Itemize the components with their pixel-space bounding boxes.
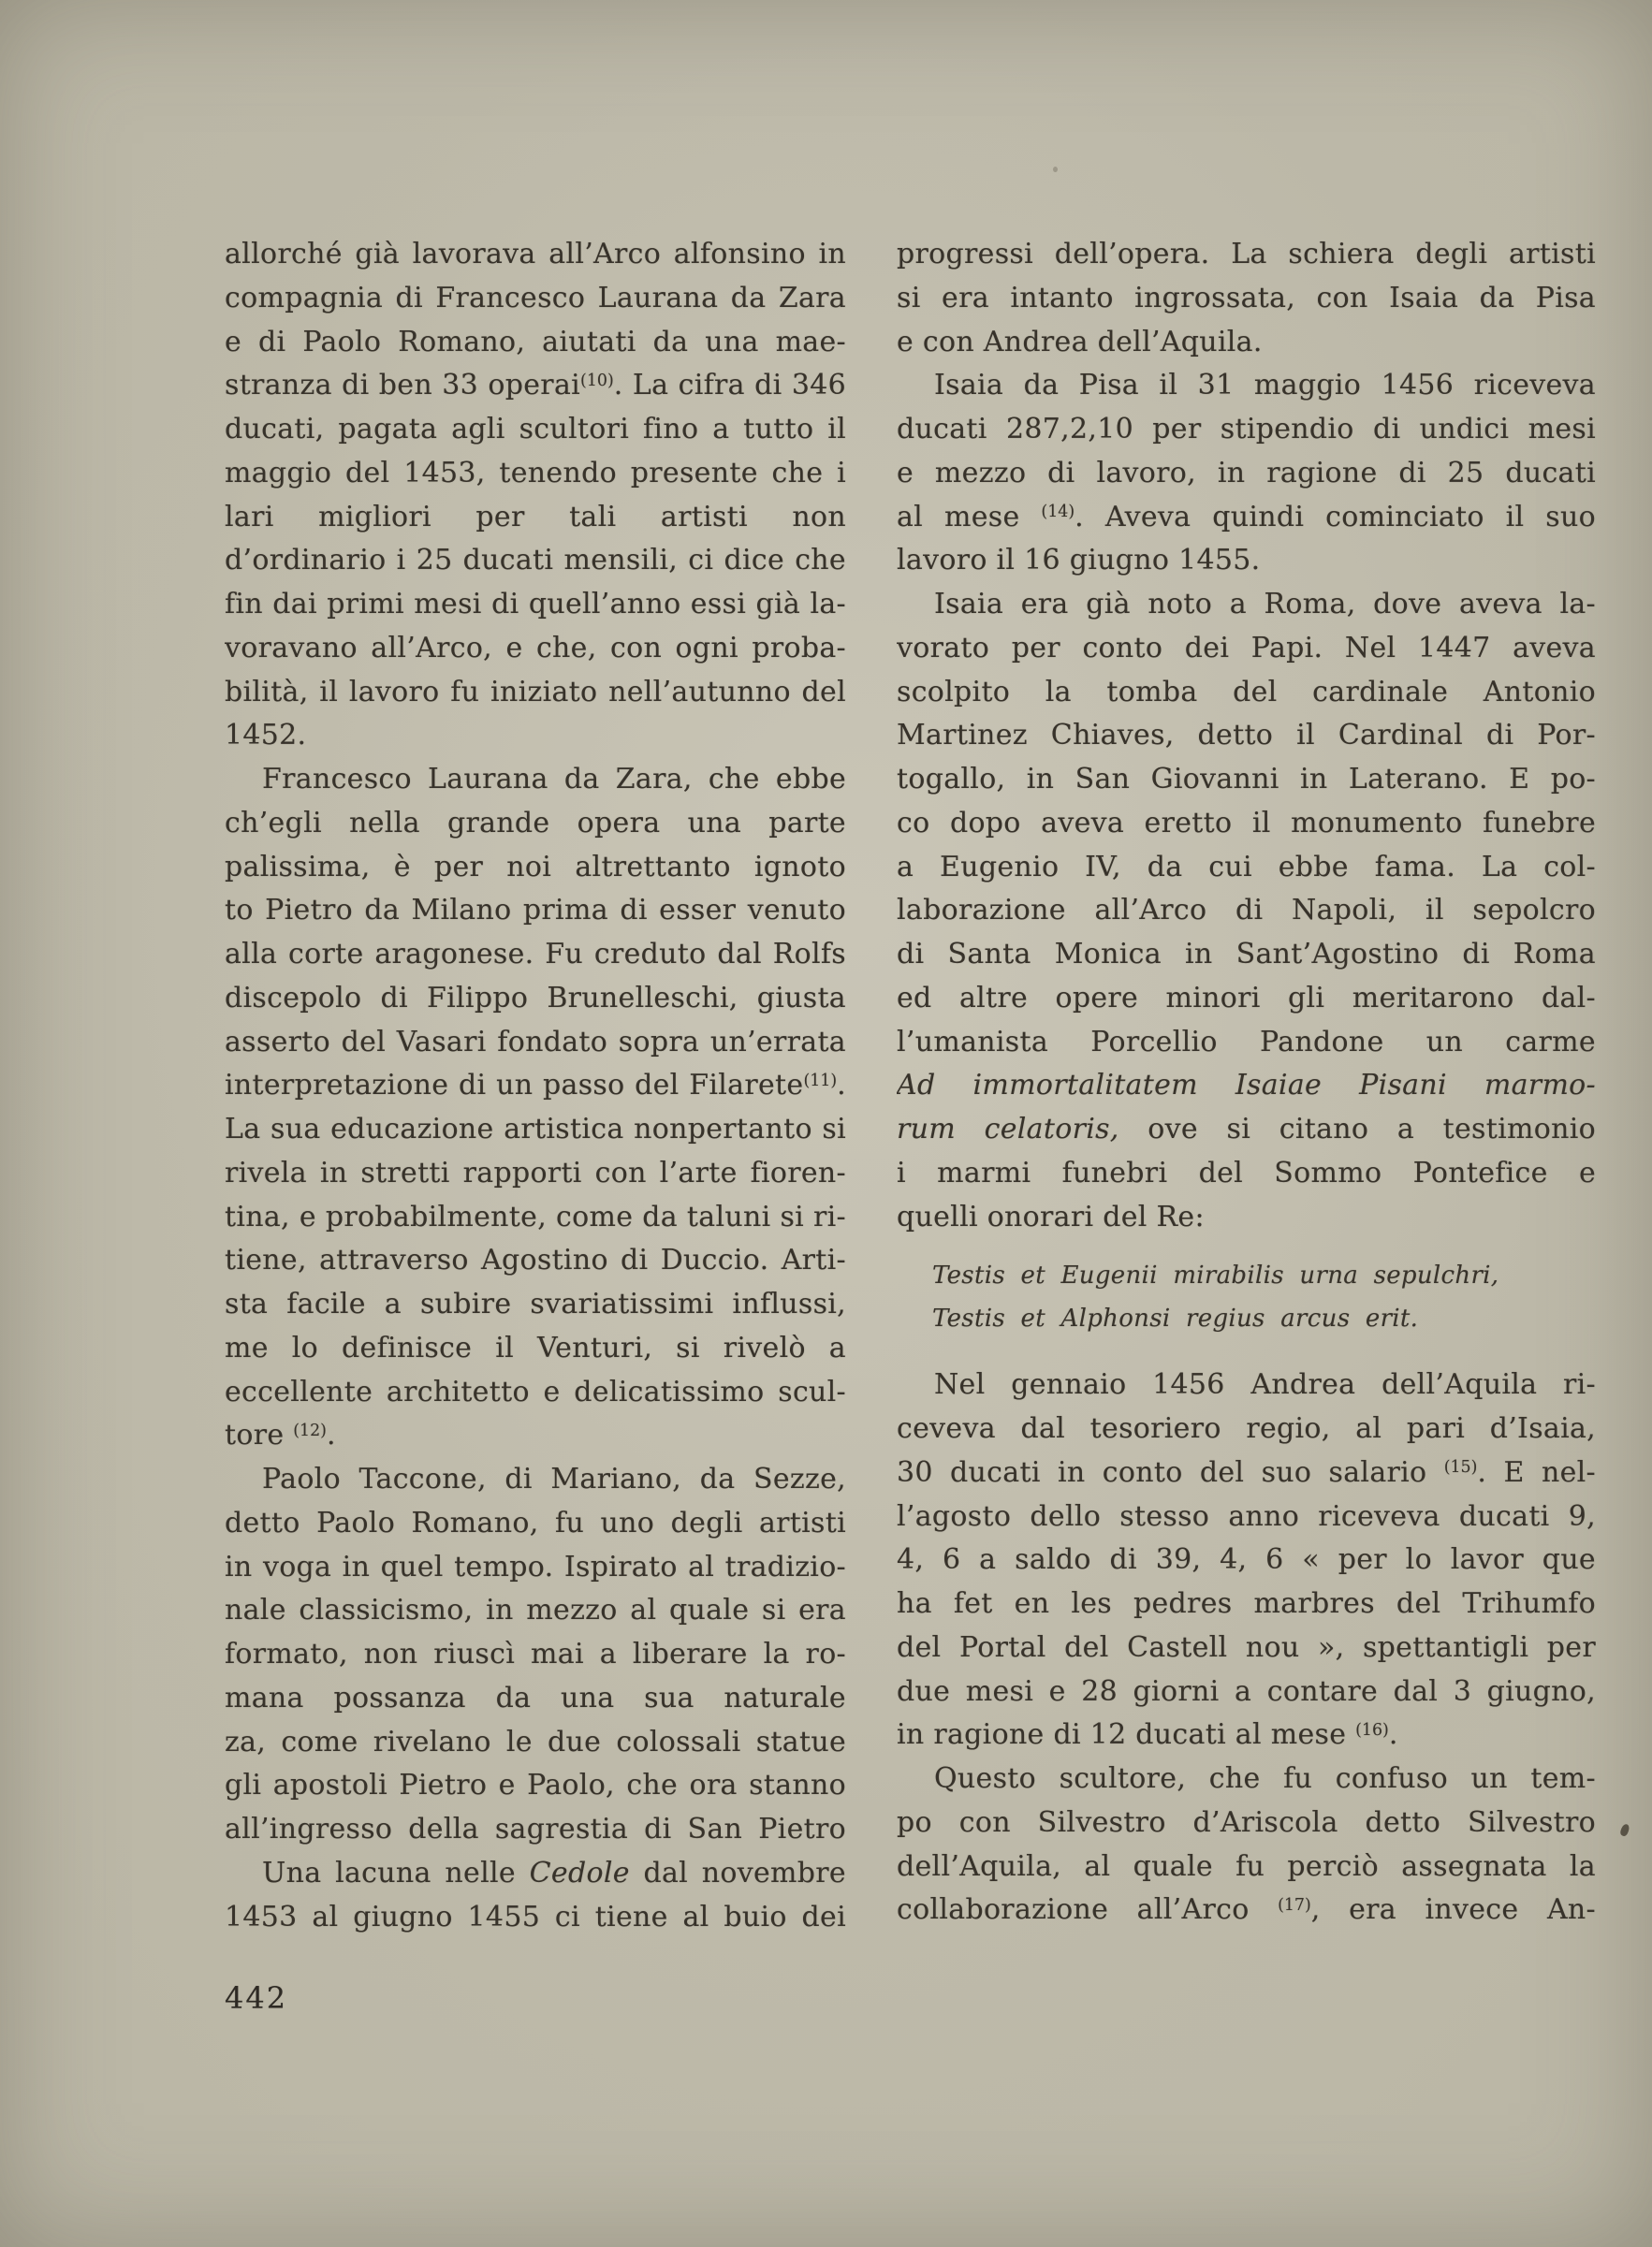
- text-line: to Pietro da Milano prima di esser venut…: [225, 889, 846, 933]
- text-line: nale classicismo, in mezzo al quale si e…: [225, 1589, 846, 1633]
- text-line: discepolo di Filippo Brunelleschi, giust…: [225, 977, 846, 1021]
- text-line: all’ingresso della sagrestia di San Piet…: [225, 1808, 846, 1852]
- text-line: dell’Aquila, al quale fu perciò assegnat…: [897, 1846, 1596, 1890]
- text-segment: collaborazione all’Arco: [897, 1893, 1278, 1926]
- text-segment: ch’egli nella grande opera una parte pri…: [225, 807, 846, 846]
- text-segment: tina, e probabilmente, come da taluni si…: [225, 1201, 846, 1233]
- text-line: l’agosto dello stesso anno riceveva duca…: [897, 1496, 1596, 1539]
- text-segment: 4, 6 a saldo di 39, 4, 6 « per lo lavor …: [897, 1543, 1596, 1576]
- text-segment: eccellente architetto e delicatissimo sc…: [225, 1376, 846, 1408]
- text-segment: za, come rivelano le due colossali statu…: [225, 1726, 846, 1765]
- text-segment: detto Paolo Romano, fu uno degli artisti: [225, 1507, 846, 1539]
- text-line: in ragione di 12 ducati al mese (16).: [897, 1714, 1596, 1758]
- text-line: stranza di ben 33 operai(10). La cifra d…: [225, 364, 846, 408]
- text-segment: d’ordinario i 25 ducati mensili, ci dice…: [225, 544, 846, 576]
- text-segment: lavoro il 16 giugno 1455.: [897, 544, 1261, 576]
- text-segment: palissima, è per noi altrettanto ignoto …: [225, 851, 846, 890]
- text-segment: scolpito la tomba del cardinale Antonio: [897, 676, 1596, 708]
- text-line: Nel gennaio 1456 Andrea dell’Aquila ri-: [897, 1364, 1596, 1408]
- verse-line: Testis et Alphonsi regius arcus erit.: [932, 1297, 1596, 1340]
- text-line: scolpito la tomba del cardinale Antonio: [897, 671, 1596, 715]
- text-segment: Paolo Taccone, di Mariano, da Sezze,: [262, 1463, 846, 1496]
- text-line: sta facile a subire svariatissimi influs…: [225, 1283, 846, 1327]
- text-line: Isaia da Pisa il 31 maggio 1456 riceveva: [897, 364, 1596, 408]
- text-segment: tore: [225, 1419, 293, 1452]
- text-line: i marmi funebri del Sommo Pontefice e: [897, 1152, 1596, 1196]
- text-line: Isaia era già noto a Roma, dove aveva la…: [897, 583, 1596, 627]
- text-segment: i marmi funebri del Sommo Pontefice e: [897, 1157, 1596, 1189]
- text-segment: ducati 287,2,10 per stipendio di undici …: [897, 413, 1596, 445]
- text-line: formato, non riuscì mai a liberare la ro…: [225, 1633, 846, 1677]
- left-text-column: allorché già lavorava all’Arco alfonsino…: [225, 233, 846, 1939]
- text-segment: gli apostoli Pietro e Paolo, che ora sta…: [225, 1769, 846, 1802]
- text-segment: Isaia da Pisa il 31 maggio 1456 riceveva: [934, 369, 1596, 401]
- text-line: me lo definisce il Venturi, si rivelò a …: [225, 1327, 846, 1371]
- text-segment: fin dai primi mesi di quell’anno essi gi…: [225, 588, 846, 620]
- text-line: gli apostoli Pietro e Paolo, che ora sta…: [225, 1764, 846, 1808]
- text-line: asserto del Vasari fondato sopra un’erra…: [225, 1021, 846, 1065]
- text-segment: co dopo aveva eretto il monumento funebr…: [897, 807, 1596, 839]
- footnote-reference: (16): [1355, 1721, 1389, 1740]
- text-segment: in voga in quel tempo. Ispirato al tradi…: [225, 1551, 846, 1583]
- text-segment: asserto del Vasari fondato sopra un’erra…: [225, 1026, 846, 1058]
- text-line: si era intanto ingrossata, con Isaia da …: [897, 277, 1596, 321]
- text-line: alla corte aragonese. Fu creduto dal Rol…: [225, 933, 846, 977]
- text-line: tina, e probabilmente, come da taluni si…: [225, 1196, 846, 1240]
- text-segment: allorché già lavorava all’Arco alfonsino…: [225, 238, 846, 270]
- text-line: progressi dell’opera. La schiera degli a…: [897, 233, 1596, 277]
- footnote-reference: (15): [1444, 1458, 1478, 1477]
- verse-line: Testis et Eugenii mirabilis urna sepulch…: [932, 1254, 1596, 1297]
- text-segment: to Pietro da Milano prima di esser venut…: [225, 894, 846, 927]
- text-line: lavoro il 16 giugno 1455.: [897, 539, 1596, 583]
- text-line: interpretazione di un passo del Filarete…: [225, 1064, 846, 1108]
- text-line: La sua educazione artistica nonpertanto …: [225, 1108, 846, 1152]
- text-line: ducati 287,2,10 per stipendio di undici …: [897, 408, 1596, 452]
- text-segment: .: [1389, 1718, 1398, 1751]
- text-segment: 30 ducati in conto del suo salario: [897, 1456, 1444, 1489]
- text-line: Questo scultore, che fu confuso un tem-: [897, 1758, 1596, 1802]
- text-segment: 1453 al giugno 1455 ci tiene al buio dei: [225, 1901, 846, 1933]
- footnote-reference: (10): [580, 372, 614, 390]
- text-segment: dal novembre: [630, 1857, 846, 1890]
- italic-text: rum celatoris,: [897, 1113, 1119, 1145]
- text-segment: Francesco Laurana da Zara, che ebbe an-: [225, 763, 846, 802]
- text-segment: sta facile a subire svariatissimi influs…: [225, 1288, 846, 1327]
- text-segment: Isaia era già noto a Roma, dove aveva la…: [934, 588, 1596, 620]
- text-line: di Santa Monica in Sant’Agostino di Roma: [897, 933, 1596, 977]
- text-line: 1452.: [225, 714, 846, 758]
- text-segment: ha fet en les pedres marbres del Trihumf…: [897, 1587, 1596, 1620]
- text-segment: Martinez Chiaves, detto il Cardinal di P…: [897, 719, 1596, 751]
- text-line: lari migliori per tali artisti non ecced…: [225, 496, 846, 540]
- text-segment: progressi dell’opera. La schiera degli a…: [897, 238, 1596, 270]
- text-line: co dopo aveva eretto il monumento funebr…: [897, 802, 1596, 846]
- text-segment: ove si citano a testimonio: [1119, 1113, 1596, 1145]
- text-segment: Nel gennaio 1456 Andrea dell’Aquila ri-: [934, 1368, 1596, 1401]
- text-line: del Portal del Castell nou », spettantig…: [897, 1627, 1596, 1671]
- text-line: 1453 al giugno 1455 ci tiene al buio dei: [225, 1896, 846, 1940]
- text-segment: .: [837, 1069, 846, 1102]
- text-line: Una lacuna nelle Cedole dal novembre: [225, 1852, 846, 1896]
- text-segment: ceveva dal tesoriero regio, al pari d’Is…: [897, 1412, 1596, 1445]
- text-segment: Questo scultore, che fu confuso un tem-: [934, 1762, 1596, 1795]
- text-line: fin dai primi mesi di quell’anno essi gi…: [225, 583, 846, 627]
- text-line: voravano all’Arco, e che, con ogni proba…: [225, 627, 846, 671]
- text-line: Ad immortalitatem Isaiae Pisani marmo-: [897, 1064, 1596, 1108]
- text-segment: . Aveva quindi cominciato il suo: [1075, 501, 1596, 533]
- text-segment: stranza di ben 33 operai: [225, 369, 580, 401]
- text-segment: Una lacuna nelle: [262, 1857, 530, 1890]
- text-segment: po con Silvestro d’Ariscola detto Silves…: [897, 1806, 1596, 1839]
- text-segment: compagnia di Francesco Laurana da Zara: [225, 282, 846, 314]
- text-segment: ducati, pagata agli scultori fino a tutt…: [225, 413, 846, 445]
- text-segment: lari migliori per tali artisti non ecced…: [225, 501, 846, 540]
- text-line: rivela in stretti rapporti con l’arte fi…: [225, 1152, 846, 1196]
- latin-verse-block: Testis et Eugenii mirabilis urna sepulch…: [932, 1254, 1596, 1340]
- text-line: e di Paolo Romano, aiutati da una mae-: [225, 321, 846, 365]
- text-line: d’ordinario i 25 ducati mensili, ci dice…: [225, 539, 846, 583]
- text-line: eccellente architetto e delicatissimo sc…: [225, 1371, 846, 1415]
- text-line: tiene, attraverso Agostino di Duccio. Ar…: [225, 1239, 846, 1283]
- text-line: po con Silvestro d’Ariscola detto Silves…: [897, 1802, 1596, 1846]
- text-segment: bilità, il lavoro fu iniziato nell’autun…: [225, 676, 846, 708]
- text-segment: . E nel-: [1477, 1456, 1596, 1489]
- text-line: a Eugenio IV, da cui ebbe fama. La col-: [897, 846, 1596, 890]
- text-segment: si era intanto ingrossata, con Isaia da …: [897, 282, 1596, 314]
- text-segment: quelli onorari del Re:: [897, 1201, 1205, 1233]
- text-line: Paolo Taccone, di Mariano, da Sezze,: [225, 1458, 846, 1502]
- text-line: togallo, in San Giovanni in Laterano. E …: [897, 758, 1596, 802]
- text-segment: nale classicismo, in mezzo al quale si e…: [225, 1594, 846, 1627]
- italic-text: Cedole: [530, 1857, 630, 1890]
- text-segment: interpretazione di un passo del Filarete: [225, 1069, 803, 1102]
- text-segment: dell’Aquila, al quale fu perciò assegnat…: [897, 1850, 1596, 1883]
- text-segment: a Eugenio IV, da cui ebbe fama. La col-: [897, 851, 1596, 883]
- text-segment: ed altre opere minori gli meritarono dal…: [897, 982, 1596, 1014]
- text-line: ha fet en les pedres marbres del Trihumf…: [897, 1583, 1596, 1627]
- text-line: detto Paolo Romano, fu uno degli artisti: [225, 1502, 846, 1546]
- text-segment: La sua educazione artistica nonpertanto …: [225, 1113, 846, 1145]
- text-segment: del Portal del Castell nou », spettantig…: [897, 1631, 1596, 1664]
- right-text-column: progressi dell’opera. La schiera degli a…: [897, 233, 1596, 1933]
- text-segment: maggio del 1453, tenendo presente che i …: [225, 457, 846, 496]
- text-line: quelli onorari del Re:: [897, 1196, 1596, 1240]
- text-line: 4, 6 a saldo di 39, 4, 6 « per lo lavor …: [897, 1539, 1596, 1583]
- text-line: collaborazione all’Arco (17), era invece…: [897, 1889, 1596, 1933]
- italic-text: Ad immortalitatem Isaiae Pisani marmo-: [897, 1069, 1596, 1102]
- text-line: mana possanza da una sua naturale rozzez…: [225, 1677, 846, 1721]
- text-segment: l’agosto dello stesso anno riceveva duca…: [897, 1500, 1596, 1533]
- text-segment: formato, non riuscì mai a liberare la ro…: [225, 1638, 846, 1671]
- text-line: Francesco Laurana da Zara, che ebbe an-: [225, 758, 846, 802]
- text-line: maggio del 1453, tenendo presente che i …: [225, 452, 846, 496]
- text-line: palissima, è per noi altrettanto ignoto …: [225, 846, 846, 890]
- text-line: Martinez Chiaves, detto il Cardinal di P…: [897, 714, 1596, 758]
- text-segment: laborazione all’Arco di Napoli, il sepol…: [897, 894, 1596, 927]
- text-segment: .: [327, 1419, 336, 1452]
- text-segment: , era invece An-: [1311, 1893, 1596, 1926]
- text-line: compagnia di Francesco Laurana da Zara: [225, 277, 846, 321]
- text-line: l’umanista Porcellio Pandone un carme: [897, 1021, 1596, 1065]
- text-segment: 1452.: [225, 719, 306, 751]
- text-line: al mese (14). Aveva quindi cominciato il…: [897, 496, 1596, 540]
- footnote-reference: (11): [803, 1072, 837, 1090]
- page-number: 442: [225, 1980, 287, 2016]
- text-segment: discepolo di Filippo Brunelleschi, giust…: [225, 982, 846, 1021]
- text-line: bilità, il lavoro fu iniziato nell’autun…: [225, 671, 846, 715]
- footnote-reference: (12): [293, 1422, 327, 1440]
- text-line: 30 ducati in conto del suo salario (15).…: [897, 1452, 1596, 1496]
- ink-speck: [1053, 167, 1058, 172]
- text-segment: all’ingresso della sagrestia di San Piet…: [225, 1813, 846, 1846]
- text-line: ch’egli nella grande opera una parte pri…: [225, 802, 846, 846]
- text-line: in voga in quel tempo. Ispirato al tradi…: [225, 1546, 846, 1590]
- text-segment: alla corte aragonese. Fu creduto dal Rol…: [225, 938, 846, 970]
- text-segment: e di Paolo Romano, aiutati da una mae-: [225, 326, 846, 358]
- text-line: tore (12).: [225, 1414, 846, 1458]
- text-segment: voravano all’Arco, e che, con ogni proba…: [225, 632, 846, 664]
- text-segment: tiene, attraverso Agostino di Duccio. Ar…: [225, 1244, 846, 1277]
- text-segment: rivela in stretti rapporti con l’arte fi…: [225, 1157, 846, 1189]
- text-segment: vorato per conto dei Papi. Nel 1447 avev…: [897, 632, 1596, 664]
- text-segment: in ragione di 12 ducati al mese: [897, 1718, 1355, 1751]
- footnote-reference: (14): [1041, 503, 1075, 521]
- text-line: za, come rivelano le due colossali statu…: [225, 1721, 846, 1765]
- text-segment: togallo, in San Giovanni in Laterano. E …: [897, 763, 1596, 795]
- text-segment: . La cifra di 346: [614, 369, 846, 401]
- text-line: ceveva dal tesoriero regio, al pari d’Is…: [897, 1408, 1596, 1452]
- text-segment: due mesi e 28 giorni a contare dal 3 giu…: [897, 1675, 1596, 1708]
- text-segment: l’umanista Porcellio Pandone un carme: [897, 1026, 1596, 1058]
- text-segment: di Santa Monica in Sant’Agostino di Roma: [897, 938, 1596, 970]
- text-line: e con Andrea dell’Aquila.: [897, 321, 1596, 365]
- text-line: e mezzo di lavoro, in ragione di 25 duca…: [897, 452, 1596, 496]
- text-segment: e mezzo di lavoro, in ragione di 25 duca…: [897, 457, 1596, 489]
- text-segment: me lo definisce il Venturi, si rivelò a …: [225, 1332, 846, 1371]
- text-line: allorché già lavorava all’Arco alfonsino…: [225, 233, 846, 277]
- text-line: due mesi e 28 giorni a contare dal 3 giu…: [897, 1671, 1596, 1714]
- text-segment: al mese: [897, 501, 1041, 533]
- text-line: laborazione all’Arco di Napoli, il sepol…: [897, 889, 1596, 933]
- text-segment: e con Andrea dell’Aquila.: [897, 326, 1263, 358]
- text-line: vorato per conto dei Papi. Nel 1447 avev…: [897, 627, 1596, 671]
- text-line: ducati, pagata agli scultori fino a tutt…: [225, 408, 846, 452]
- text-line: rum celatoris, ove si citano a testimoni…: [897, 1108, 1596, 1152]
- footnote-reference: (17): [1278, 1896, 1311, 1915]
- text-segment: mana possanza da una sua naturale rozzez…: [225, 1682, 846, 1721]
- text-line: ed altre opere minori gli meritarono dal…: [897, 977, 1596, 1021]
